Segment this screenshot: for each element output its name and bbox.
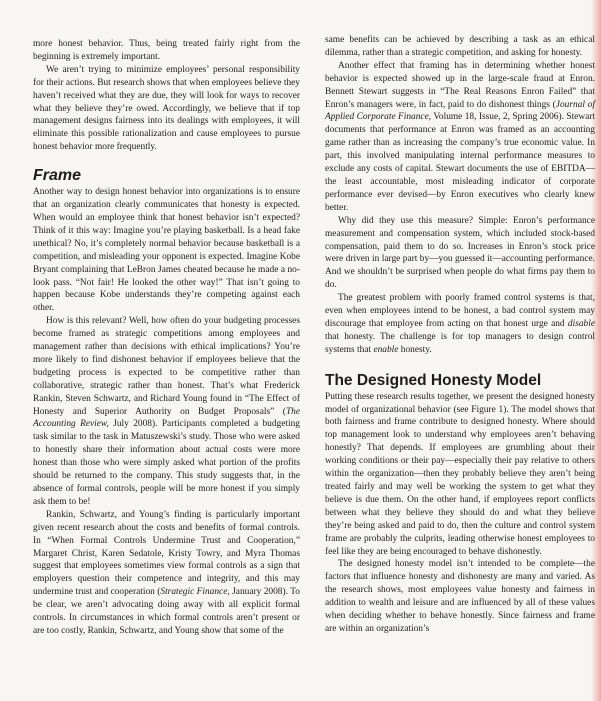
- emphasis: enable: [373, 345, 398, 355]
- text-run: honesty.: [398, 345, 431, 355]
- paragraph: Another way to design honest behavior in…: [33, 186, 300, 315]
- text-run: that honesty. The challenge is for top m…: [325, 332, 595, 355]
- paragraph: Another effect that framing has in deter…: [325, 60, 595, 215]
- paragraph: Why did they use this measure? Simple: E…: [325, 215, 595, 292]
- text-run: Volume 18, Issue, 2, Spring 2006). Stewa…: [325, 112, 595, 212]
- journal-title: Strategic Finance,: [160, 587, 229, 597]
- left-column: more honest behavior. Thus, being treate…: [33, 38, 300, 638]
- section-heading-designed-honesty-model: The Designed Honesty Model: [325, 372, 595, 390]
- text-run: The greatest problem with poorly framed …: [325, 293, 595, 329]
- paragraph: more honest behavior. Thus, being treate…: [33, 38, 300, 64]
- right-column: same benefits can be achieved by describ…: [325, 34, 595, 636]
- paragraph: Rankin, Schwartz, and Young’s finding is…: [33, 509, 300, 638]
- text-run: July 2008). Participants completed a bud…: [33, 419, 300, 506]
- emphasis: disable: [568, 319, 595, 329]
- paragraph: Putting these research results together,…: [325, 391, 595, 559]
- text-run: Another effect that framing has in deter…: [325, 61, 595, 110]
- text-run: Rankin, Schwartz, and Young’s finding is…: [33, 510, 300, 597]
- paragraph: same benefits can be achieved by describ…: [325, 34, 595, 60]
- paragraph: We aren’t trying to minimize employees’ …: [33, 64, 300, 154]
- paragraph: The greatest problem with poorly framed …: [325, 292, 595, 357]
- paragraph: The designed honesty model isn’t intende…: [325, 558, 595, 635]
- paragraph: How is this relevant? Well, how often do…: [33, 315, 300, 509]
- section-heading-frame: Frame: [33, 167, 300, 185]
- text-run: How is this relevant? Well, how often do…: [33, 316, 300, 416]
